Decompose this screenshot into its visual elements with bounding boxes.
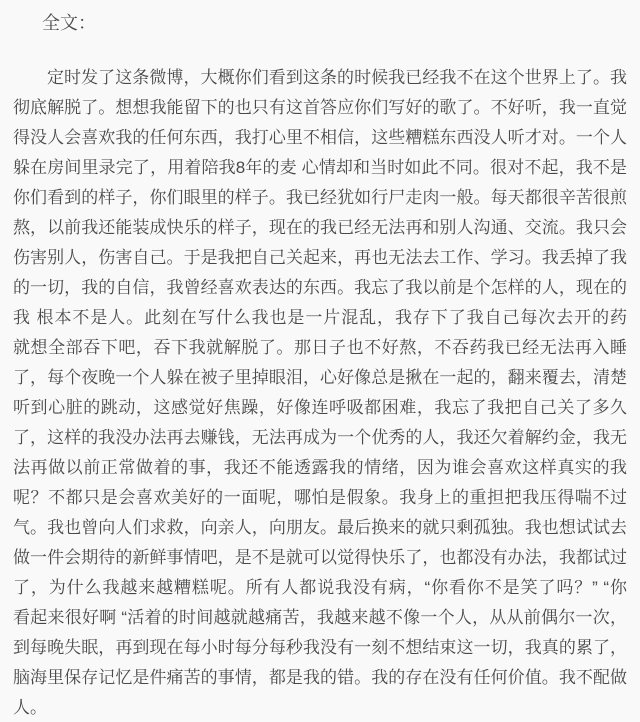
text-line: 你们看到的样子，你们眼里的样子。我已经犹如行尸走肉一般。每天都很辛苦很煎 [13,183,627,213]
text-line: 我 根本不是人。此刻在写什么我也是一片混乱，我存下了我自己每次去开的药片， [13,303,627,333]
text-line: 伤害别人，伤害自己。于是我把自己关起来，再也无法去工作、学习。我丢掉了我 [13,243,627,273]
text-line: 看起来很好啊 “活着的时间越就越痛苦，我越来越不像一个人，从从前偶尔一次， [13,603,627,633]
text-line: 做一件会期待的新鲜事情吧，是不是就可以觉得快乐了，也都没有办法，我都试过 [13,543,627,573]
text-line: 了，为什么我越来越糟糕呢。所有人都说我没有病，“你看你不是笑了吗？” “你 [13,573,627,603]
fulltext-label: 全文： [42,11,96,35]
text-line: 人。 [13,693,627,722]
article-page: 全文： 定时发了这条微博，大概你们看到这条的时候我已经我不在这个世界上了。我 彻… [0,0,640,722]
text-line: 气。我也曾向人们求救，向亲人，向朋友。最后换来的就只剩孤独。我也想试试去 [13,513,627,543]
text-line: 呢？不都只是会喜欢美好的一面呢，哪怕是假象。我身上的重担把我压得喘不过 [13,483,627,513]
text-line: 熬，以前我还能装成快乐的样子，现在的我已经无法再和别人沟通、交流。我只会 [13,213,627,243]
text-line: 听到心脏的跳动，这感觉好焦躁，好像连呼吸都困难，我忘了我把自己关了多久 [13,393,627,423]
text-line: 到每晚失眠，再到现在每小时每分每秒我没有一刻不想结束这一切，我真的累了， [13,633,627,663]
text-line: 就想全部吞下吧，吞下我就解脱了。那日子也不好熬，不吞药我已经无法再入睡 [13,333,627,363]
article-body: 定时发了这条微博，大概你们看到这条的时候我已经我不在这个世界上了。我 彻底解脱了… [13,63,627,722]
text-line: 得没人会喜欢我的任何东西，我打心里不相信，这些糟糕东西没人听才对。一个人 [13,123,627,153]
text-line: 了，每个夜晚一个人躲在被子里掉眼泪，心好像总是揪在一起的，翻来覆去，清楚 [13,363,627,393]
text-line: 躲在房间里录完了，用着陪我8年的麦 心情却和当时如此不同。很对不起，我不是 [13,153,627,183]
text-line: 法再做以前正常做着的事，我还不能透露我的情绪，因为谁会喜欢这样真实的我 [13,453,627,483]
text-line: 彻底解脱了。想想我能留下的也只有这首答应你们写好的歌了。不好听，我一直觉 [13,93,627,123]
text-line: 脑海里保存记忆是件痛苦的事情，都是我的错。我的存在没有任何价值。我不配做 [13,663,627,693]
text-line: 的一切，我的自信，我曾经喜欢表达的东西。我忘了我以前是个怎样的人，现在的 [13,273,627,303]
text-line: 定时发了这条微博，大概你们看到这条的时候我已经我不在这个世界上了。我 [13,63,627,93]
text-line: 了，这样的我没办法再去赚钱，无法再成为一个优秀的人，我还欠着解约金，我无 [13,423,627,453]
